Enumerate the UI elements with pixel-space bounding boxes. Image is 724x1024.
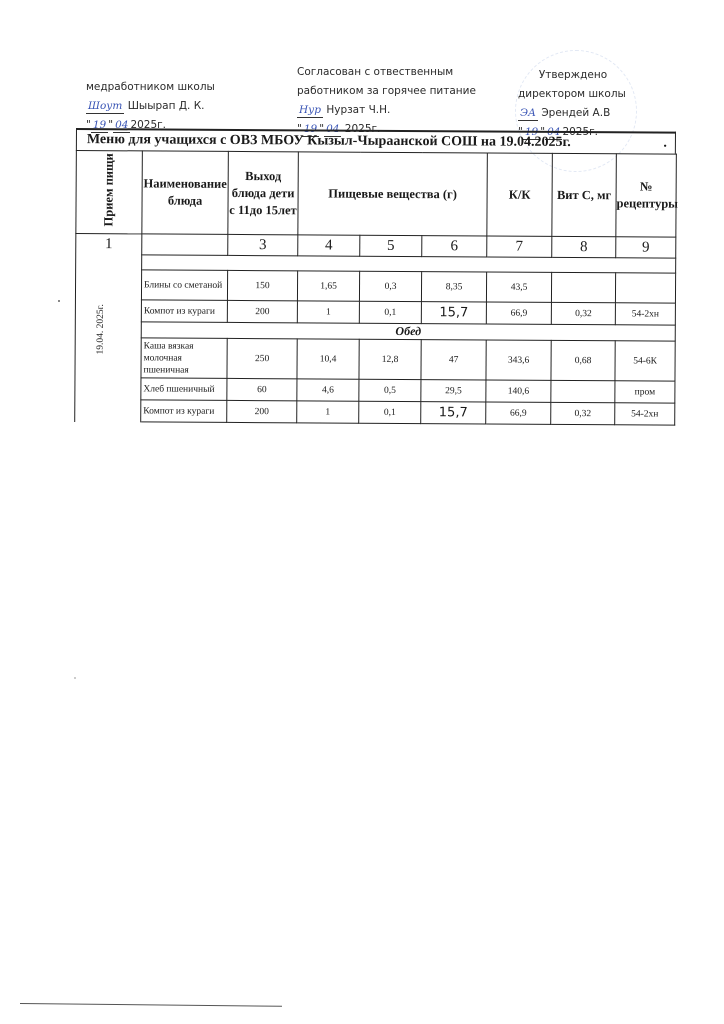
signature-block-food-officer: Согласован с отвественным работником за … [297, 63, 497, 139]
signature-role: директором школы [518, 85, 678, 104]
carbs-value: 47 [421, 340, 486, 380]
column-number: 5 [360, 235, 422, 256]
carbs-value: 15,7 [421, 302, 486, 324]
dish-row: Каша вязкая молочная пшеничная25010,412,… [75, 337, 675, 381]
empty-cell [142, 234, 228, 256]
recipe-number: пром [615, 381, 675, 403]
column-number: 1 [76, 236, 141, 253]
menu-title-text: Меню для учащихся с ОВЗ МБОУ Кызыл-Чыраа… [87, 132, 571, 150]
title-dot: . [663, 136, 667, 152]
header-meal: Прием пищи [76, 151, 143, 234]
recipe-number: 54-6К [615, 341, 675, 381]
vitamin-c-value: 0,68 [551, 340, 615, 380]
dish-name: Компот из кураги [141, 400, 227, 423]
vitamin-c-value [551, 380, 615, 402]
portion-value: 200 [227, 300, 297, 322]
handwritten-signature: ЭА [518, 106, 538, 121]
column-number: 6 [422, 236, 487, 257]
recipe-number: 54-2хн [615, 303, 675, 325]
header-nutrients: Пищевые вещества (г) [298, 152, 488, 236]
dish-name: Каша вязкая молочная пшеничная [141, 338, 227, 379]
page-edge-line [20, 1003, 282, 1007]
vitamin-c-value [551, 272, 615, 302]
dish-name: Блины со сметаной [141, 270, 227, 301]
protein-value: 4,6 [297, 379, 359, 401]
fat-value: 0,5 [359, 379, 421, 401]
protein-value: 1 [297, 301, 359, 323]
signature-role-line1: Согласован с отвественным [297, 63, 497, 82]
header-vitc: Вит С, мг [552, 153, 617, 236]
scan-speck [58, 300, 60, 302]
protein-value: 1,65 [297, 271, 359, 301]
kcal-value: 140,6 [486, 380, 551, 402]
fat-value: 12,8 [359, 339, 421, 379]
meal-cell: 119.04. 2025г. [75, 234, 142, 422]
signatory-name: Шыырап Д. К. [128, 100, 205, 112]
header-meal-text: Прием пищи [101, 153, 116, 226]
vitamin-c-value: 0,32 [551, 402, 615, 424]
recipe-number: 54-2хн [615, 403, 675, 425]
column-number: 8 [552, 236, 616, 257]
header-dish: Наименование блюда [142, 151, 229, 235]
approval-label: Утверждено [518, 66, 628, 85]
header-recipe: № рецептуры [616, 154, 677, 237]
menu-date-vertical: 19.04. 2025г. [96, 304, 106, 354]
header-row: Прием пищи Наименование блюда Выход блюд… [76, 151, 677, 238]
kcal-value: 43,5 [486, 272, 551, 302]
recipe-number [615, 273, 675, 303]
portion-value: 150 [227, 270, 297, 300]
signature-block-medic: медработником школы Шоут Шыырап Д. К. "1… [86, 78, 286, 135]
portion-value: 250 [227, 338, 297, 378]
signature-role-line2: работником за горячее питание [297, 82, 497, 101]
menu-table-body: 119.04. 2025г.3456789Блины со сметаной15… [75, 234, 676, 426]
signature-role: медработником школы [86, 78, 286, 97]
handwritten-signature: Нур [297, 103, 323, 118]
fat-value: 0,3 [359, 271, 421, 301]
signatory-name: Эрендей А.В [541, 107, 610, 119]
handwritten-signature: Шоут [86, 99, 124, 114]
carbs-value: 8,35 [421, 272, 486, 302]
scan-speck [74, 677, 76, 679]
protein-value: 1 [297, 401, 359, 423]
dish-row: Компот из кураги20010,115,766,90,3254-2х… [75, 399, 675, 425]
column-number: 7 [487, 236, 552, 257]
signatory-name: Нурзат Ч.Н. [326, 104, 390, 116]
portion-value: 200 [227, 400, 297, 422]
carbs-value: 15,7 [421, 402, 486, 424]
dish-row: Блины со сметаной1501,650,38,3543,5 [75, 270, 675, 304]
column-number: 9 [616, 237, 676, 258]
column-number: 4 [298, 235, 360, 256]
header-kk: К/К [487, 153, 553, 236]
kcal-value: 343,6 [486, 340, 551, 380]
menu-table: Прием пищи Наименование блюда Выход блюд… [74, 150, 677, 426]
portion-value: 60 [227, 378, 297, 400]
header-portion: Выход блюда дети с 11до 15лет [228, 151, 299, 234]
vitamin-c-value: 0,32 [551, 302, 615, 324]
protein-value: 10,4 [297, 339, 359, 379]
column-number: 3 [228, 234, 298, 255]
fat-value: 0,1 [359, 401, 421, 423]
dish-name: Компот из кураги [141, 300, 227, 323]
carbs-value: 29,5 [421, 380, 486, 402]
menu-sheet: Меню для учащихся с ОВЗ МБОУ Кызыл-Чыраа… [74, 128, 676, 426]
dish-name: Хлеб пшеничный [141, 378, 227, 401]
kcal-value: 66,9 [486, 402, 551, 424]
kcal-value: 66,9 [486, 302, 551, 324]
fat-value: 0,1 [359, 301, 421, 323]
menu-title: Меню для учащихся с ОВЗ МБОУ Кызыл-Чыраа… [76, 128, 676, 154]
